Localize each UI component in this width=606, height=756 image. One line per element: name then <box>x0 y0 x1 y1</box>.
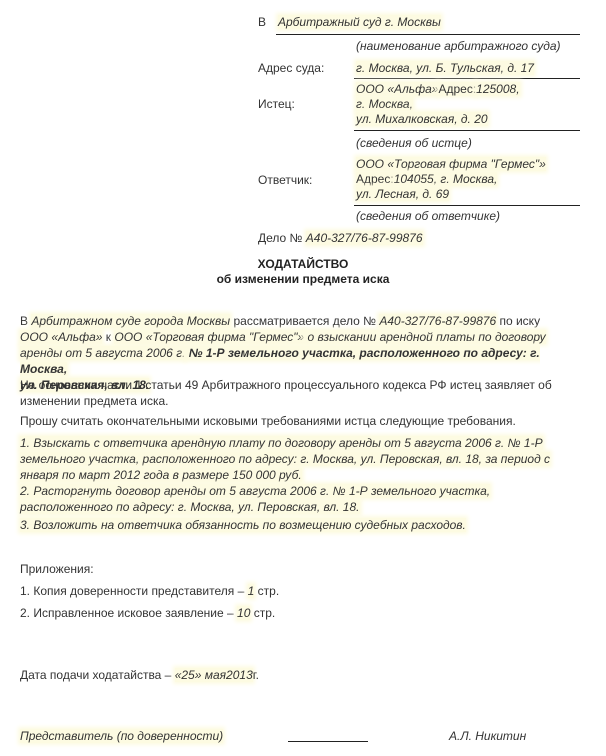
req1-line: января по март 2012 года в размере 150 0… <box>20 468 302 482</box>
doc-subtitle: об изменении предмета иска <box>0 272 606 286</box>
p2-line: изменении предмета иска. <box>20 393 590 409</box>
signature-line <box>288 741 368 742</box>
court-address-label: Адрес суда: <box>258 61 324 75</box>
p1-court: Арбитражном суде города Москвы <box>31 314 230 328</box>
case-number-line: Дело № А40-327/76-87-99876 <box>258 231 423 245</box>
p1-plaintiff: ООО «Альфа» <box>20 330 102 344</box>
attachment-unit: стр. <box>254 584 279 598</box>
defendant-addr-1: 104055, г. Москва, <box>394 172 498 186</box>
defendant-info: ООО «Торговая фирма "Гермес"» Адрес:1040… <box>356 157 546 202</box>
plaintiff-addr-label: Адрес: <box>438 82 476 96</box>
req2-line: 2. Расторгнуть договор аренды от 5 авгус… <box>20 484 490 498</box>
date-value: «25» мая2013 <box>175 668 253 682</box>
case-number: А40-327/76-87-99876 <box>306 231 423 245</box>
defendant-addr-label: Адрес: <box>356 172 394 186</box>
court-caption: (наименование арбитражного суда) <box>356 39 561 53</box>
requirement-1: 1. Взыскать с ответчика арендную плату п… <box>20 435 590 483</box>
date-label: Дата подачи ходатайства – <box>20 668 175 682</box>
plaintiff-addr-3: ул. Михалковская, д. 20 <box>356 112 488 126</box>
court-address: г. Москва, ул. Б. Тульская, д. 17 <box>356 61 534 75</box>
plaintiff-caption: (сведения об истце) <box>356 136 472 150</box>
paragraph-request: Прошу считать окончательными исковыми тр… <box>20 413 590 429</box>
p2-line: На основании части 1 статьи 49 Арбитражн… <box>20 377 590 393</box>
court-name: Арбитражный суд г. Москвы <box>278 15 441 29</box>
doc-title: ХОДАТАЙСТВО <box>0 257 606 271</box>
p1-defendant: ООО «Торговая фирма "Гермес"» <box>114 330 304 344</box>
plaintiff-info: ООО «Альфа»Адрес:125008, г. Москва, ул. … <box>356 82 520 127</box>
p1-text: В <box>20 314 31 328</box>
signature-name: А.Л. Никитин <box>449 729 526 743</box>
plaintiff-underline <box>354 130 580 131</box>
paragraph-basis: На основании части 1 статьи 49 Арбитражн… <box>20 377 590 409</box>
p1-text: по иску <box>496 314 540 328</box>
defendant-addr-2: ул. Лесная, д. 69 <box>356 187 449 201</box>
req3-line: 3. Возложить на ответчика обязанность по… <box>20 518 466 532</box>
court-name-underline <box>276 34 580 35</box>
defendant-underline <box>354 205 580 206</box>
attachment-unit: стр. <box>250 606 275 620</box>
plaintiff-label: Истец: <box>258 97 295 111</box>
attachment-pages: 10 <box>237 606 250 620</box>
defendant-label: Ответчик: <box>258 173 312 187</box>
plaintiff-addr-2: г. Москва, <box>356 97 413 111</box>
to-prefix: В <box>258 15 266 29</box>
attachments-label: Приложения: <box>20 561 590 577</box>
filing-date: Дата подачи ходатайства – «25» мая2013г. <box>20 667 590 683</box>
date-suffix: г. <box>253 668 259 682</box>
plaintiff-addr-1: 125008, <box>476 82 519 96</box>
req1-line: 1. Взыскать с ответчика арендную плату п… <box>20 436 543 450</box>
req1-line: земельного участка, расположенного по ад… <box>20 452 550 466</box>
requirement-3: 3. Возложить на ответчика обязанность по… <box>20 517 590 533</box>
p1-text: рассматривается дело № <box>230 314 379 328</box>
req2-line: расположенного по адресу: г. Москва, ул.… <box>20 500 360 514</box>
court-address-underline <box>354 78 580 79</box>
case-label: Дело № <box>258 231 302 245</box>
attachment-item: 1. Копия доверенности представителя – 1 … <box>20 583 590 599</box>
defendant-caption: (сведения об ответчике) <box>356 209 500 223</box>
p1-contract-date: аренды от 5 августа 2006 г. <box>20 346 185 360</box>
p1-case: А40-327/76-87-99876 <box>379 314 496 328</box>
plaintiff-name: ООО «Альфа» <box>356 82 438 96</box>
attachment-item: 2. Исправленное исковое заявление – 10 с… <box>20 605 590 621</box>
attachment-text: 2. Исправленное исковое заявление – <box>20 606 237 620</box>
defendant-name: ООО «Торговая фирма "Гермес"» <box>356 157 546 171</box>
requirement-2: 2. Расторгнуть договор аренды от 5 авгус… <box>20 483 590 515</box>
p1-subject: о взыскании арендной платы по договору <box>304 330 545 344</box>
attachment-text: 1. Копия доверенности представителя – <box>20 584 248 598</box>
p1-text: к <box>102 330 114 344</box>
signature-role: Представитель (по доверенности) <box>20 729 223 743</box>
